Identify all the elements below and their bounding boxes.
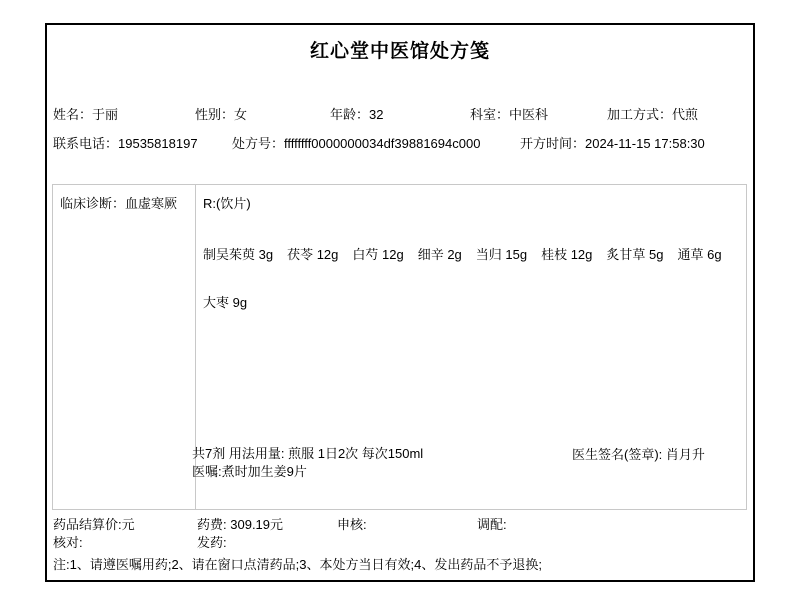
doctor-signature: 医生签名(签章): 肖月升 xyxy=(572,446,714,464)
diagnosis-value: 血虚寒厥 xyxy=(125,196,177,211)
herb-item: 细辛 2g xyxy=(418,247,462,262)
usage-label: 用法用量: xyxy=(229,446,285,461)
usage-value: 煎服 1日2次 每次150ml xyxy=(288,446,423,461)
check-label: 核对: xyxy=(53,535,83,550)
patient-gender-field: 性别：女 xyxy=(195,107,247,122)
issue-time-label: 开方时间： xyxy=(520,136,585,151)
patient-gender-value: 女 xyxy=(234,107,247,122)
settle-price-label: 药品结算价: xyxy=(53,517,122,532)
processing-method-field: 加工方式：代煎 xyxy=(607,107,698,122)
rx-number-field: 处方号：ffffffff0000000034df39881694c000 xyxy=(232,136,480,151)
herb-item: 白芍 12g xyxy=(352,247,403,262)
department-value: 中医科 xyxy=(509,107,548,122)
issue-time-field: 开方时间：2024-11-15 17:58:30 xyxy=(520,136,705,151)
herb-item: 桂枝 12g xyxy=(541,247,592,262)
doctor-signature-value: 肖月升 xyxy=(666,447,705,462)
herb-list-line1: 制吴茱萸 3g茯苓 12g白芍 12g细辛 2g当归 15g桂枝 12g炙甘草 … xyxy=(203,244,736,263)
patient-gender-label: 性别： xyxy=(195,107,234,122)
herb-list-line2: 大枣 9g xyxy=(203,292,261,311)
compound-field: 调配: xyxy=(477,517,507,532)
patient-name-value: 于丽 xyxy=(92,107,118,122)
prescription-page: 红心堂中医馆处方笺 姓名：于丽 性别：女 年龄：32 科室：中医科 加工方式：代… xyxy=(0,0,800,600)
patient-age-value: 32 xyxy=(369,107,383,122)
department-field: 科室：中医科 xyxy=(470,107,548,122)
patient-name-field: 姓名：于丽 xyxy=(53,107,118,122)
prescription-box-divider xyxy=(195,184,196,510)
diagnosis-label: 临床诊断： xyxy=(60,196,125,211)
advice-label: 医嘱: xyxy=(192,464,222,479)
settle-price-field: 药品结算价:元 xyxy=(53,517,135,532)
dispense-label: 发药: xyxy=(197,535,227,550)
doctor-advice-line: 医嘱:煮时加生姜9片 xyxy=(192,464,307,479)
footer-note: 注:1、请遵医嘱用药;2、请在窗口点清药品;3、本处方当日有效;4、发出药品不予… xyxy=(53,554,542,573)
herb-item: 茯苓 12g xyxy=(287,247,338,262)
doctor-signature-label: 医生签名(签章): xyxy=(572,447,662,462)
check-field: 核对: xyxy=(53,535,83,550)
phone-value: 19535818197 xyxy=(118,136,198,151)
herb-item: 制吴茱萸 3g xyxy=(203,247,273,262)
rx-number-label: 处方号： xyxy=(232,136,284,151)
processing-method-value: 代煎 xyxy=(672,107,698,122)
compound-label: 调配: xyxy=(477,517,507,532)
rx-header: R:(饮片) xyxy=(203,196,251,211)
patient-age-field: 年龄：32 xyxy=(330,107,383,122)
herb-item: 炙甘草 5g xyxy=(606,247,663,262)
issue-time-value: 2024-11-15 17:58:30 xyxy=(585,136,705,151)
diagnosis-field: 临床诊断：血虚寒厥 xyxy=(60,196,177,211)
rx-number-value: ffffffff0000000034df39881694c000 xyxy=(284,136,480,151)
fee-value: 309.19元 xyxy=(230,517,283,532)
review-field: 申核: xyxy=(337,517,367,532)
department-label: 科室： xyxy=(470,107,509,122)
fee-label: 药费: xyxy=(197,517,227,532)
herb-item: 通草 6g xyxy=(677,247,721,262)
herb-item: 当归 15g xyxy=(476,247,527,262)
fee-field: 药费: 309.19元 xyxy=(197,517,283,532)
patient-age-label: 年龄： xyxy=(330,107,369,122)
phone-label: 联系电话： xyxy=(53,136,118,151)
advice-value: 煮时加生姜9片 xyxy=(222,464,307,479)
review-label: 申核: xyxy=(337,517,367,532)
settle-price-value: 元 xyxy=(122,517,135,532)
herb-item: 大枣 9g xyxy=(203,295,247,310)
usage-line: 共7剂 用法用量: 煎服 1日2次 每次150ml xyxy=(192,446,423,461)
total-doses: 共7剂 xyxy=(192,446,225,461)
processing-method-label: 加工方式： xyxy=(607,107,672,122)
phone-field: 联系电话：19535818197 xyxy=(53,136,198,151)
patient-name-label: 姓名： xyxy=(53,107,92,122)
dispense-field: 发药: xyxy=(197,535,227,550)
page-title: 红心堂中医馆处方笺 xyxy=(0,36,800,63)
